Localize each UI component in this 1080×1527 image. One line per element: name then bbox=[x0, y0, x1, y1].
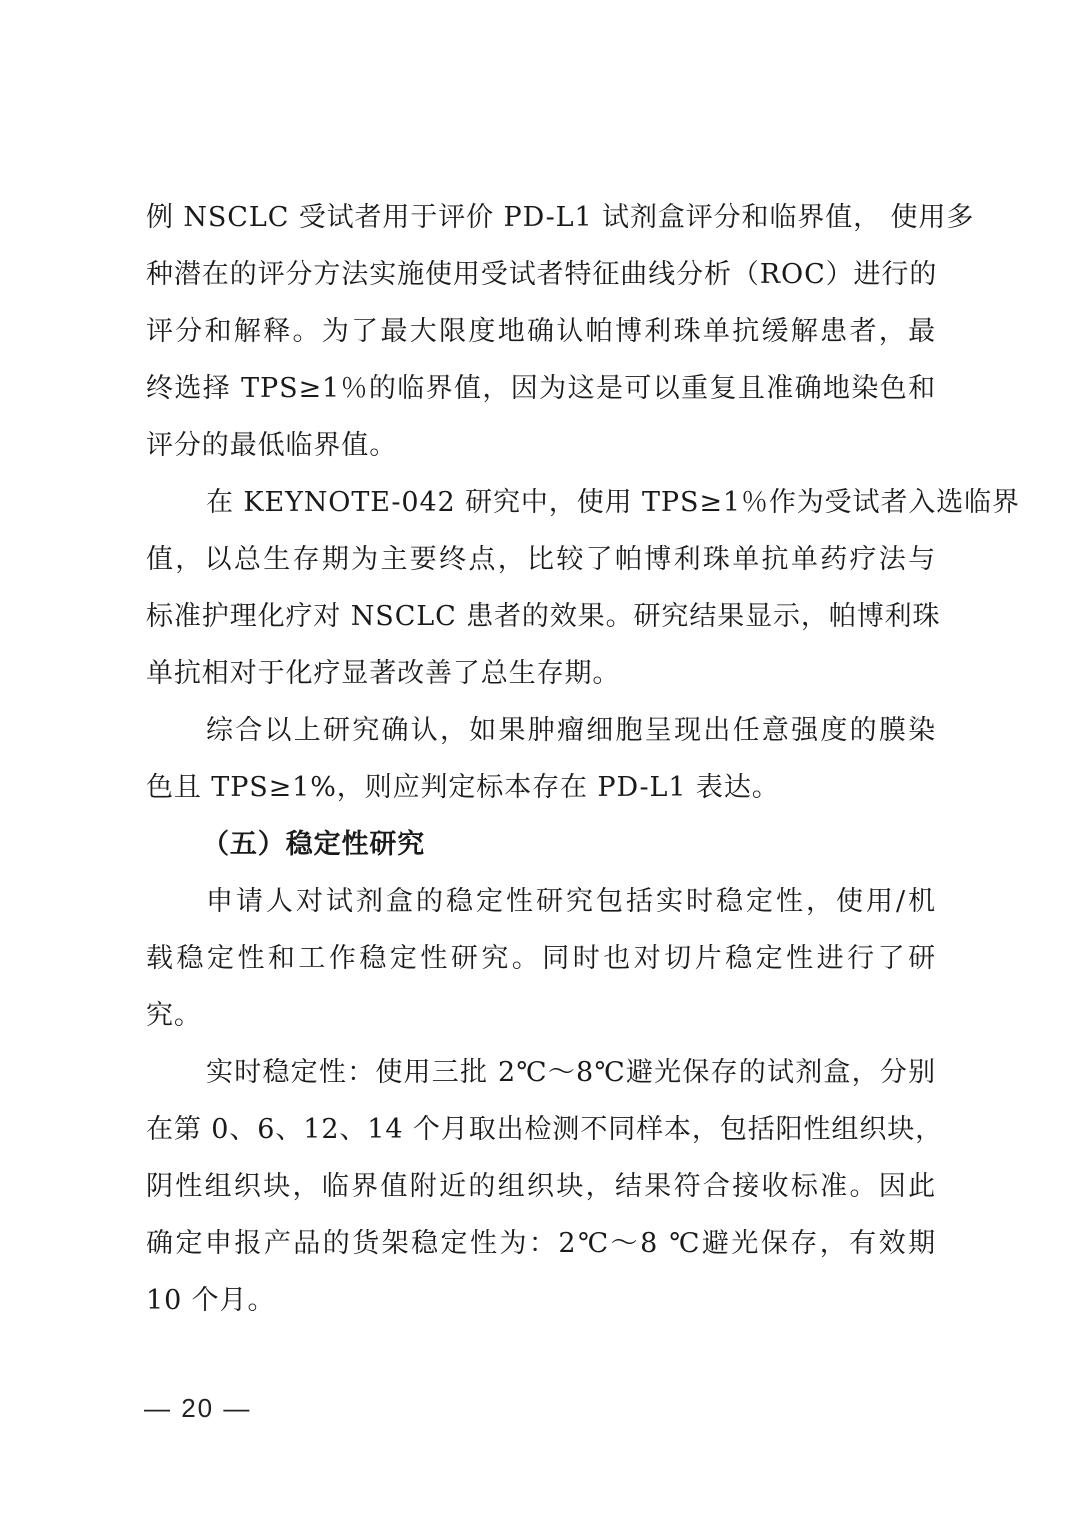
paragraph-5-line-3: 阴性组织块，临界值附近的组织块，结果符合接收标准。因此 bbox=[146, 1167, 936, 1207]
paragraph-2-line-4: 单抗相对于化疗显著改善了总生存期。 bbox=[146, 654, 620, 694]
paragraph-1-line-1: 例 NSCLC 受试者用于评价 PD-L1 试剂盒评分和临界值， 使用多 bbox=[146, 198, 936, 238]
paragraph-1-line-2: 种潜在的评分方法实施使用受试者特征曲线分析（ROC）进行的 bbox=[146, 255, 936, 295]
paragraph-4-line-2: 载稳定性和工作稳定性研究。同时也对切片稳定性进行了研 bbox=[146, 939, 936, 979]
paragraph-5-line-5: 10 个月。 bbox=[146, 1281, 275, 1321]
paragraph-2-line-1: 在 KEYNOTE-042 研究中，使用 TPS≥1％作为受试者入选临界 bbox=[206, 483, 936, 523]
document-page: 例 NSCLC 受试者用于评价 PD-L1 试剂盒评分和临界值， 使用多 种潜在… bbox=[0, 0, 1080, 1527]
paragraph-1-line-4: 终选择 TPS≥1％的临界值，因为这是可以重复且准确地染色和 bbox=[146, 369, 936, 409]
paragraph-5-line-1: 实时稳定性：使用三批 2℃～8℃避光保存的试剂盒，分别 bbox=[206, 1053, 936, 1093]
section-heading-stability: （五）稳定性研究 bbox=[202, 825, 425, 865]
paragraph-5-line-4: 确定申报产品的货架稳定性为：2℃～8 ℃避光保存，有效期 bbox=[146, 1224, 936, 1264]
paragraph-3-line-1: 综合以上研究确认，如果肿瘤细胞呈现出任意强度的膜染 bbox=[206, 711, 936, 751]
paragraph-2-line-2: 值，以总生存期为主要终点，比较了帕博利珠单抗单药疗法与 bbox=[146, 540, 936, 580]
paragraph-4-line-3: 究。 bbox=[146, 996, 202, 1036]
paragraph-1-line-3: 评分和解释。为了最大限度地确认帕博利珠单抗缓解患者，最 bbox=[146, 312, 936, 352]
paragraph-2-line-3: 标准护理化疗对 NSCLC 患者的效果。研究结果显示，帕博利珠 bbox=[146, 597, 936, 637]
paragraph-1-line-5: 评分的最低临界值。 bbox=[146, 426, 397, 466]
paragraph-5-line-2: 在第 0、6、12、14 个月取出检测不同样本，包括阳性组织块， bbox=[146, 1110, 936, 1150]
page-number: — 20 — bbox=[144, 1393, 251, 1424]
paragraph-3-line-2: 色且 TPS≥1%，则应判定标本存在 PD-L1 表达。 bbox=[146, 768, 780, 808]
paragraph-4-line-1: 申请人对试剂盒的稳定性研究包括实时稳定性，使用/机 bbox=[206, 882, 936, 922]
